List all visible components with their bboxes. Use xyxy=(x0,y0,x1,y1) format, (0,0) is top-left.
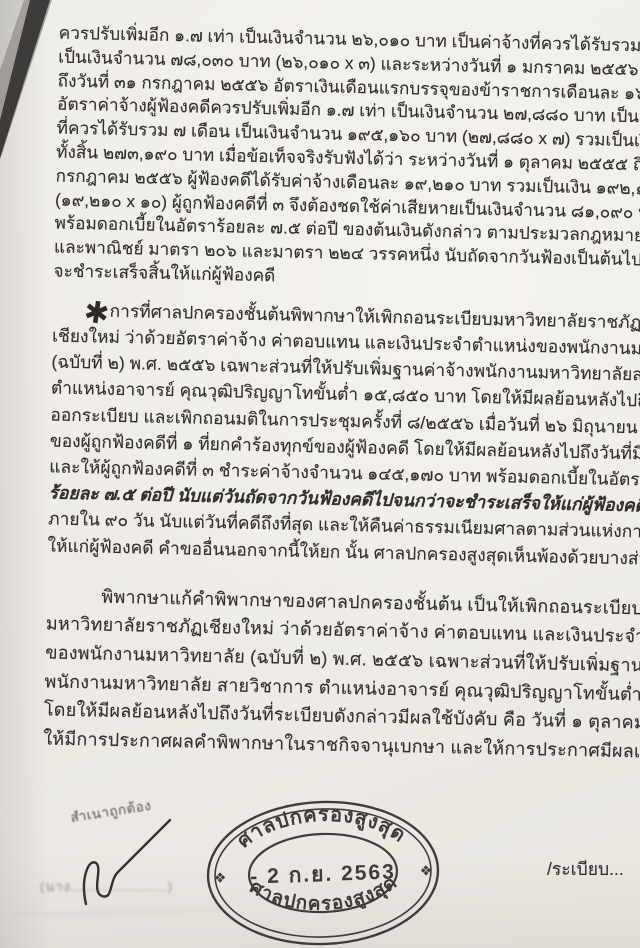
court-seal-stamp: ศาลปกครองสูงสุด ศาลปกครองสูงสุด - 2 ก.ย.… xyxy=(199,793,446,948)
document-photo: { "doc": { "para1": [ "ควรปรับเพิ่มอีก ๑… xyxy=(0,0,640,948)
certifier-title-faint: ........................................… xyxy=(14,900,224,918)
continuation-note: /ระเบียบ... xyxy=(547,855,624,883)
judgment-text-block: ควรปรับเพิ่มอีก ๑.๗ เท่า เป็นเงินจำนวน ๒… xyxy=(0,0,640,765)
paragraph-first-instance-ruling: การที่ศาลปกครองชั้นต้นพิพากษาให้เพิกถอนร… xyxy=(47,296,608,570)
handwritten-asterisk-mark: ✱ xyxy=(82,294,112,332)
certifier-name-faint: (นาง.....................) xyxy=(40,876,173,897)
seal-top-arc-text: ศาลปกครองสูงสุด xyxy=(232,801,410,853)
seal-ornament-left-icon: ❖ xyxy=(214,869,227,885)
seal-ornament-right-icon: ❖ xyxy=(419,862,432,878)
paragraph-final-judgment: พิพากษาแก้คำพิพากษาของศาลปกครองชั้นต้น เ… xyxy=(43,581,602,765)
paragraph-damages-calculation: ควรปรับเพิ่มอีก ๑.๗ เท่า เป็นเงินจำนวน ๒… xyxy=(53,22,614,296)
